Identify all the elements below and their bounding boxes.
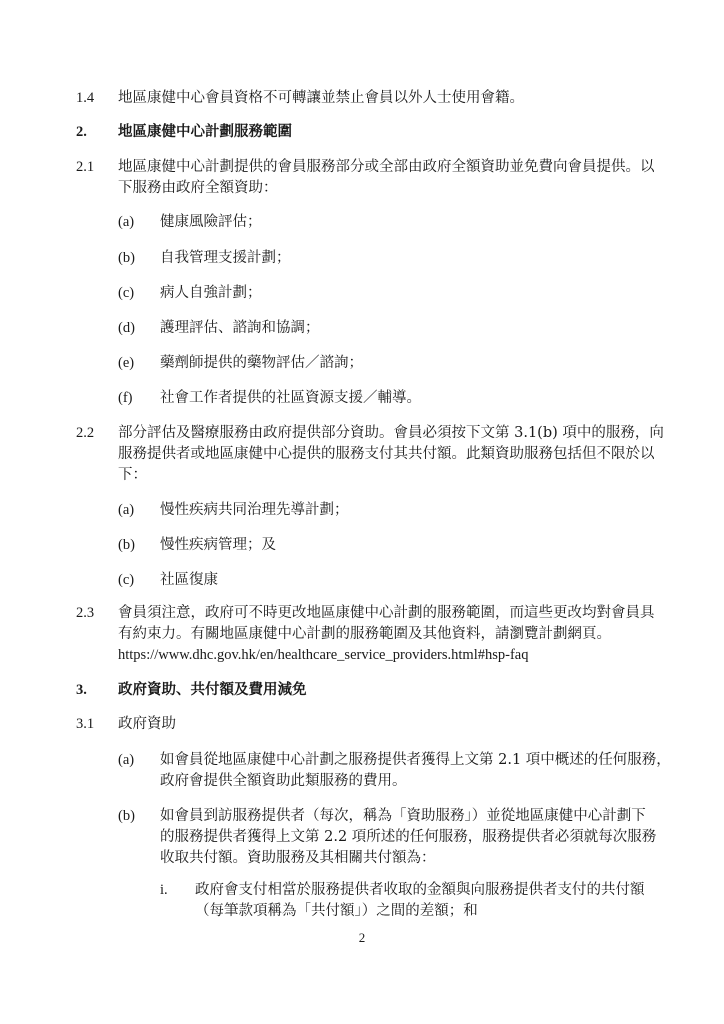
- item-label: (a): [118, 212, 134, 232]
- item-label: (b): [118, 248, 135, 268]
- section-3-1-a-line2: 政府會提供全額資助此類服務的費用。: [160, 771, 407, 791]
- list-item: 慢性疾病管理；及: [160, 535, 276, 555]
- item-label: (d): [118, 318, 135, 338]
- item-label: (b): [118, 806, 135, 826]
- item-label: (f): [118, 388, 133, 408]
- list-item: 藥劑師提供的藥物評估／諮詢；: [160, 353, 363, 373]
- section-3-1-b-line2: 的服務提供者獲得上文第 2.2 項所述的任何服務，服務提供者必須就每次服務: [160, 827, 656, 847]
- item-label: (a): [118, 750, 134, 770]
- page-number: 2: [0, 930, 724, 946]
- list-item: 護理評估、諮詢和協調；: [160, 318, 320, 338]
- item-label: (c): [118, 283, 134, 303]
- section-2-2-line1: 部分評估及醫療服務由政府提供部分資助。會員必須按下文第 3.1(b) 項中的服務…: [118, 423, 664, 443]
- item-label: (b): [118, 535, 135, 555]
- list-item: 病人自強計劃；: [160, 283, 262, 303]
- list-item: 慢性疾病共同治理先導計劃；: [160, 500, 349, 520]
- section-3-1-b-line1: 如會員到訪服務提供者（每次，稱為「資助服務」）並從地區康健中心計劃下: [160, 806, 646, 826]
- roman-item-label: i.: [160, 880, 168, 900]
- section-3-heading: 政府資助、共付額及費用減免: [118, 680, 307, 700]
- list-item: 社會工作者提供的社區資源支援／輔導。: [160, 388, 421, 408]
- section-2-1-line2: 下服務由政府全額資助：: [118, 178, 278, 198]
- list-item: 自我管理支援計劃；: [160, 248, 291, 268]
- section-1-4-text: 地區康健中心會員資格不可轉讓並禁止會員以外人士使用會籍。: [118, 88, 524, 108]
- item-label: (c): [118, 570, 134, 590]
- item-label: (a): [118, 500, 134, 520]
- section-2-1-line1: 地區康健中心計劃提供的會員服務部分或全部由政府全額資助並免費向會員提供。以: [118, 157, 655, 177]
- section-number-3: 3.: [76, 680, 87, 700]
- section-number-2: 2.: [76, 122, 87, 142]
- section-3-1-b-line3: 收取共付額。資助服務及其相關共付額為：: [160, 848, 436, 868]
- section-number-2-1: 2.1: [76, 157, 94, 177]
- section-2-2-line3: 下：: [118, 465, 147, 485]
- section-3-1-a-line1: 如會員從地區康健中心計劃之服務提供者獲得上文第 2.1 項中概述的任何服務，: [160, 750, 671, 770]
- section-3-1-b-i-line2: （每筆款項稱為「共付額」）之間的差額；和: [195, 901, 478, 921]
- item-label: (e): [118, 353, 134, 373]
- document-page: 1.4 地區康健中心會員資格不可轉讓並禁止會員以外人士使用會籍。 2. 地區康健…: [0, 0, 724, 1024]
- section-2-3-line1: 會員須注意，政府可不時更改地區康健中心計劃的服務範圍，而這些更改均對會員具: [118, 603, 655, 623]
- scheme-website-link[interactable]: https://www.dhc.gov.hk/en/healthcare_ser…: [118, 645, 528, 665]
- section-number-3-1: 3.1: [76, 714, 94, 734]
- section-2-2-line2: 服務提供者或地區康健中心提供的服務支付其共付額。此類資助服務包括但不限於以: [118, 444, 655, 464]
- section-3-1-b-i-line1: 政府會支付相當於服務提供者收取的金額與向服務提供者支付的共付額: [195, 880, 645, 900]
- section-number-2-3: 2.3: [76, 603, 94, 623]
- section-number-1-4: 1.4: [76, 88, 94, 108]
- section-2-3-line2: 有約束力。有關地區康健中心計劃的服務範圍及其他資料，請瀏覽計劃網頁。: [118, 624, 611, 644]
- section-2-heading: 地區康健中心計劃服務範圍: [118, 122, 292, 142]
- list-item: 健康風險評估；: [160, 212, 262, 232]
- section-3-1-heading: 政府資助: [118, 714, 176, 734]
- section-number-2-2: 2.2: [76, 423, 94, 443]
- list-item: 社區復康: [160, 570, 218, 590]
